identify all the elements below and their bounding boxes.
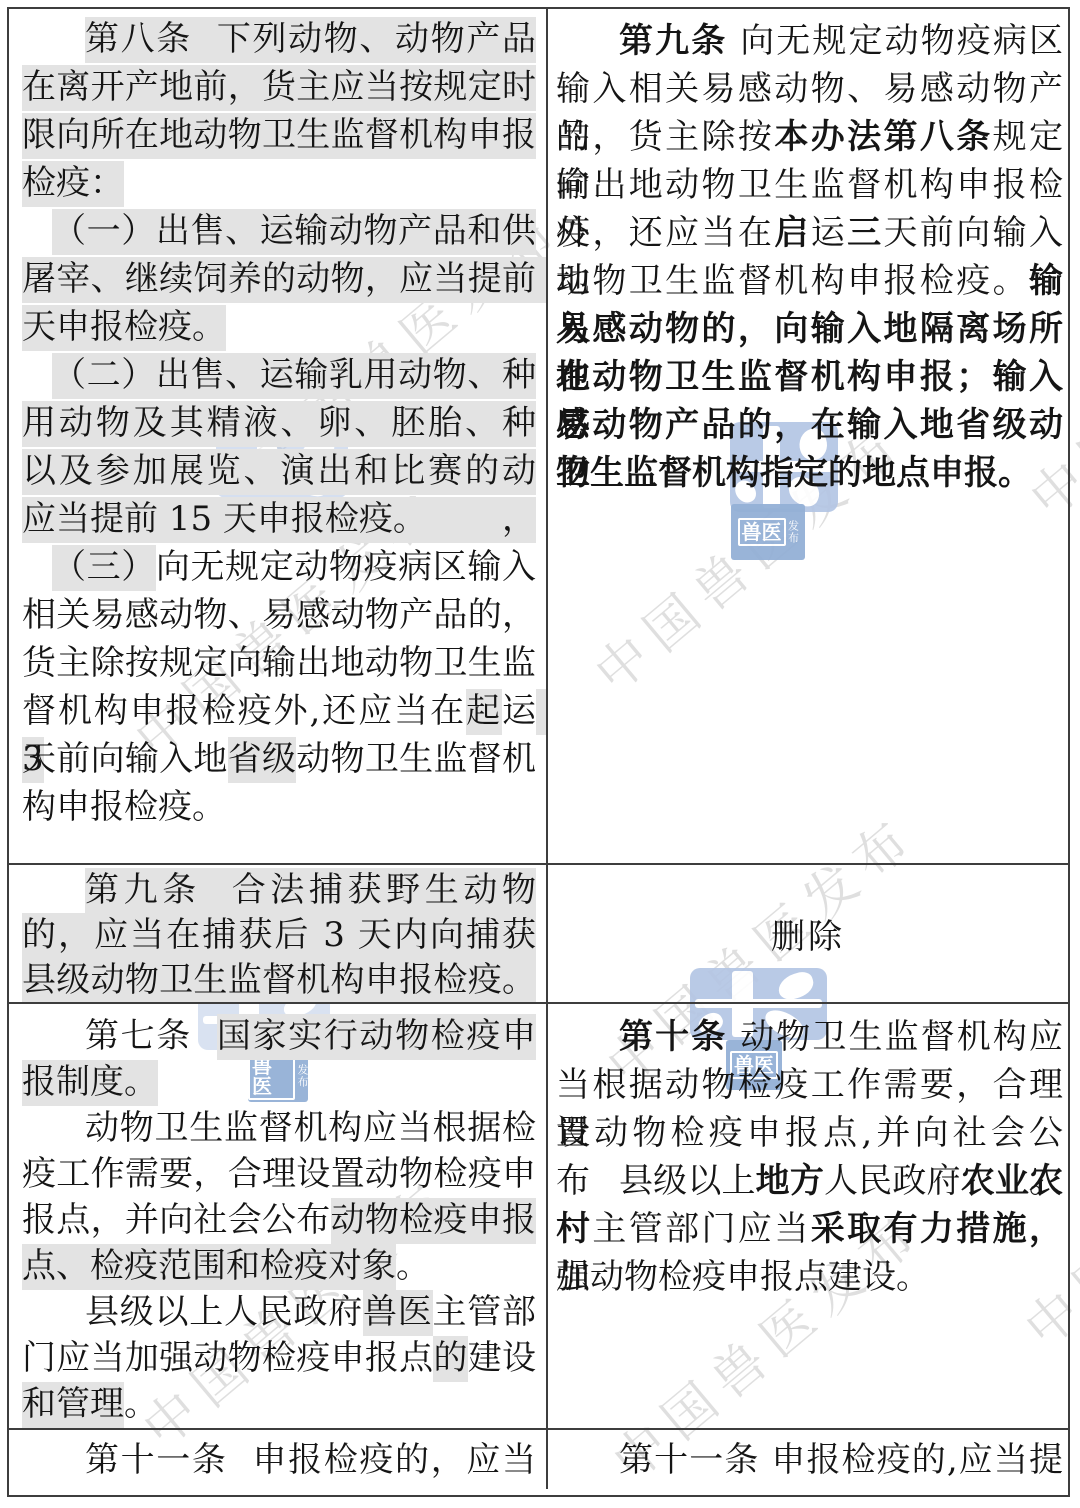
cell-right-row4: 第十一条 申报检疫的,应当提 — [548, 1430, 1068, 1489]
highlighted-text: 限向所在地动物卫生监督机构申报 — [22, 113, 536, 159]
body-text: 外，还应当在 — [556, 213, 774, 253]
text-line: 报点，并向社会公布动物检疫申报 — [22, 1197, 536, 1243]
body-text: 。 — [124, 1384, 158, 1424]
body-text: 县级以上人民政府 — [85, 1292, 363, 1332]
text-line: 天申报检疫。 — [22, 303, 536, 351]
text-line: 易感动物的，向输入地隔离场所在 — [556, 305, 1063, 353]
text-line: 和管理。 — [22, 1381, 536, 1427]
cell-left-row2: 第九条 合法捕获野生动物的，应当在捕获后 3 天内向捕获地县级动物卫生监督机构申… — [9, 865, 548, 1002]
text-line: 置动物检疫申报点,并向社会公布。 — [556, 1109, 1063, 1157]
highlighted-text: （三） — [52, 545, 156, 591]
cell-left-row3: 第七条 国家实行动物检疫申报制度。动物卫生监督机构应当根据检疫工作需要，合理设置… — [9, 1004, 548, 1428]
body-text: 第七条 — [85, 1016, 217, 1056]
text-line: 第七条 国家实行动物检疫申 — [22, 1013, 536, 1059]
text-line: 在离开产地前，货主应当按规定时 — [22, 63, 536, 111]
text-line: 卫生监督机构指定的地点申报。 — [556, 449, 1063, 497]
text-line: 第十一条 申报检疫的,应当提 — [556, 1437, 1063, 1483]
comparison-table: 第八条 下列动物、动物产品在离开产地前，货主应当按规定时限向所在地动物卫生监督机… — [7, 7, 1070, 1497]
table-row: 第八条 下列动物、动物产品在离开产地前，货主应当按规定时限向所在地动物卫生监督机… — [9, 9, 1068, 863]
text-line: 屠宰、继续饲养的动物，应当提前 3 — [22, 255, 536, 303]
document-page: { "colors": { "border": "#3d3d3d", "text… — [0, 0, 1080, 1508]
text-line: 门应当加强动物检疫申报点的建设 — [22, 1335, 536, 1381]
body-text: 人民政府 — [824, 1161, 961, 1201]
highlighted-text: 在离开产地前，货主应当按规定时 — [22, 65, 536, 111]
body-text: 货主除按规定向输出地动物卫生监 — [22, 643, 536, 683]
body-text: 报点，并向社会公布 — [22, 1200, 331, 1240]
highlighted-text: 兽医 — [363, 1290, 433, 1336]
body-text: 相关易感动物、易感动物产品的， — [22, 595, 536, 635]
text-line: 输入相关易感动物、易感动物产品 — [556, 65, 1063, 113]
text-line: 构申报检疫。 — [22, 783, 536, 831]
body-text: 。 — [396, 1246, 430, 1286]
revised-bold-text: 启 — [774, 213, 810, 253]
highlighted-text: 应当提前 15 天申报检疫。 — [22, 497, 427, 543]
body-text: 构申报检疫。 — [22, 787, 226, 827]
body-text: 动物卫生监督机构应 — [727, 1017, 1063, 1057]
highlighted-text: 起 — [466, 689, 502, 735]
cell-right-row3: 第十条 动物卫生监督机构应当根据动物检疫工作需要，合理设置动物检疫申报点,并向社… — [548, 1004, 1068, 1428]
body-text: 主管部门应当 — [592, 1209, 810, 1249]
text-line: 相关易感动物、易感动物产品的， — [22, 591, 536, 639]
highlighted-text: 第九条 合法捕获野生动物 — [85, 868, 536, 914]
cell-left-row4: 第十一条 申报检疫的，应当 — [9, 1430, 548, 1489]
text-line: 地动物卫生监督机构申报；输入易 — [556, 353, 1063, 401]
revised-bold-text: 农业农 — [961, 1161, 1063, 1201]
text-line: （三）向无规定动物疫病区输入 — [22, 543, 536, 591]
text-line: 用动物及其精液、卵、胚胎、种蛋， — [22, 399, 536, 447]
highlighted-text: （一）出售、运输动物产品和供 — [52, 209, 536, 255]
body-text: 的，货主除按 — [556, 117, 774, 157]
highlighted-text: （二）出售、运输乳用动物、种 — [52, 353, 536, 399]
body-text: 主管部 — [433, 1292, 537, 1332]
highlighted-text: 动物检疫申报 — [331, 1198, 536, 1244]
table-row: 第九条 合法捕获野生动物的，应当在捕获后 3 天内向捕获地县级动物卫生监督机构申… — [9, 863, 1068, 1002]
text-line: 第九条 向无规定动物疫病区 — [556, 17, 1063, 65]
body-text: 动物卫生监督机构应当根据检 — [85, 1108, 536, 1148]
text-line: 输出地动物卫生监督机构申报检疫 — [556, 161, 1063, 209]
text-line: 县级以上人民政府兽医主管部 — [22, 1289, 536, 1335]
text-line: 疫工作需要，合理设置动物检疫申 — [22, 1151, 536, 1197]
body-text: 运 — [811, 213, 847, 253]
highlighted-text: 天申报检疫。 — [22, 305, 226, 351]
body-text: 县级以上 — [619, 1161, 756, 1201]
revised-bold-text: 地方 — [756, 1161, 824, 1201]
body-text: 门应当加强动物检疫申报点 — [22, 1338, 433, 1378]
text-line: 外，还应当在启运三天前向输入地 — [556, 209, 1063, 257]
revised-bold-text: 第九条 — [619, 21, 727, 61]
body-text: 强动物检疫申报点建设。 — [556, 1257, 930, 1297]
text-line: 动物卫生监督机构申报检疫。输入 — [556, 257, 1063, 305]
body-text: 运 — [502, 691, 536, 731]
highlighted-text: 点、检疫范围和检疫对象 — [22, 1244, 396, 1290]
body-text: 天前向输入地 — [22, 739, 228, 779]
highlighted-text: 报制度。 — [22, 1060, 158, 1106]
text-line: 点、检疫范围和检疫对象。 — [22, 1243, 536, 1289]
table-row: 第十一条 申报检疫的，应当第十一条 申报检疫的,应当提 — [9, 1428, 1068, 1489]
highlighted-text: 省级 — [228, 737, 297, 783]
cell-right-row1: 第九条 向无规定动物疫病区输入相关易感动物、易感动物产品的，货主除按本办法第八条… — [548, 9, 1068, 863]
text-line: 县级以上地方人民政府农业农 — [556, 1157, 1063, 1205]
text-line: 报制度。 — [22, 1059, 536, 1105]
body-text: 第十一条 申报检疫的，应当 — [85, 1440, 536, 1480]
revised-bold-text: 第十条 — [619, 1017, 727, 1057]
cell-right-row2: 删除 — [548, 865, 1068, 1002]
text-line: 第九条 合法捕获野生动物 — [22, 868, 536, 913]
table-row: 第七条 国家实行动物检疫申报制度。动物卫生监督机构应当根据检疫工作需要，合理设置… — [9, 1002, 1068, 1428]
text-line: 天前向输入地省级动物卫生监督机 — [22, 735, 536, 783]
text-line: 县级动物卫生监督机构申报检疫。 — [22, 958, 536, 1002]
text-line: 检疫： — [22, 159, 536, 207]
text-line: 第十一条 申报检疫的，应当 — [22, 1437, 536, 1483]
text-line: 村主管部门应当采取有力措施，加 — [556, 1205, 1063, 1253]
text-line: 感动物产品的，在输入地省级动物 — [556, 401, 1063, 449]
body-text: 动物卫生监督机构申报检疫。 — [556, 261, 1029, 301]
text-line: 的，应当在捕获后 3 天内向捕获地 — [22, 913, 536, 958]
highlighted-text: 国家实行动物检疫申 — [217, 1014, 536, 1060]
body-text: 向无规定动物疫病区输入 — [156, 547, 536, 587]
body-text: 建设 — [468, 1338, 536, 1378]
body-text: 向无规定动物疫病区 — [727, 21, 1063, 61]
highlighted-text: 检疫： — [22, 161, 124, 207]
highlighted-text: 的 — [433, 1336, 467, 1382]
text-line: 督机构申报检疫外,还应当在起运 3 — [22, 687, 536, 735]
body-text: 督机构申报检疫外,还应当在 — [22, 691, 466, 731]
text-line: （一）出售、运输动物产品和供 — [22, 207, 536, 255]
revised-bold-text: 采取有力措施， — [811, 1209, 1063, 1249]
text-line: 第十条 动物卫生监督机构应 — [556, 1013, 1063, 1061]
text-line: 货主除按规定向输出地动物卫生监 — [22, 639, 536, 687]
revised-bold-text: 村 — [556, 1209, 592, 1249]
highlighted-text: 和管理 — [22, 1382, 124, 1428]
cell-left-row1: 第八条 下列动物、动物产品在离开产地前，货主应当按规定时限向所在地动物卫生监督机… — [9, 9, 548, 863]
highlighted-text: 县级动物卫生监督机构申报检疫。 — [22, 958, 536, 1002]
body-text: 第十一条 申报检疫的,应当提 — [619, 1440, 1063, 1480]
body-text: 动物卫生监督机 — [296, 739, 536, 779]
text-line: 强动物检疫申报点建设。 — [556, 1253, 1063, 1301]
text-line: 当根据动物检疫工作需要，合理设 — [556, 1061, 1063, 1109]
text-line: 以及参加展览、演出和比赛的动物， — [22, 447, 536, 495]
text-line: 动物卫生监督机构应当根据检 — [22, 1105, 536, 1151]
text-line: （二）出售、运输乳用动物、种 — [22, 351, 536, 399]
text-line: 的，货主除按本办法第八条规定向 — [556, 113, 1063, 161]
highlighted-text: 第八条 下列动物、动物产品 — [85, 17, 536, 63]
revised-bold-text: 卫生监督机构指定的地点申报。 — [556, 453, 1032, 493]
revised-bold-text: 本办法第八条 — [774, 117, 992, 157]
delete-label: 删除 — [771, 909, 845, 958]
text-line: 限向所在地动物卫生监督机构申报 — [22, 111, 536, 159]
body-text: 疫工作需要，合理设置动物检疫申 — [22, 1154, 536, 1194]
text-line: 第八条 下列动物、动物产品 — [22, 15, 536, 63]
revised-bold-text: 三 — [847, 213, 883, 253]
